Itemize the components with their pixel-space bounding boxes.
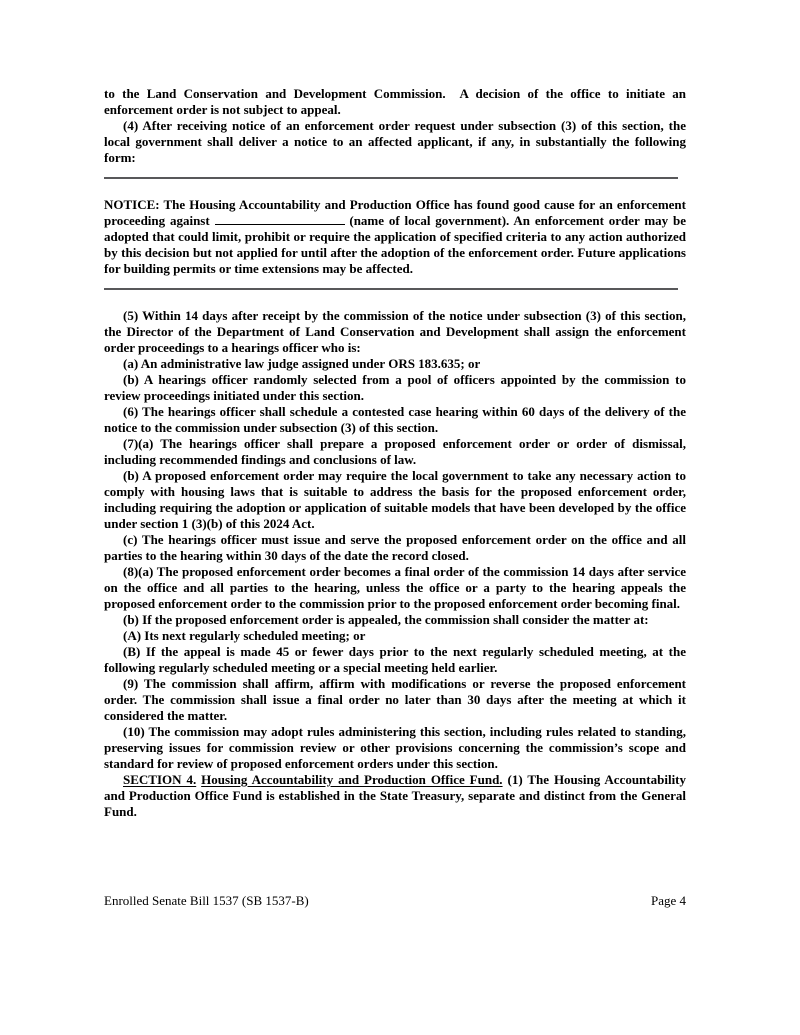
page-footer: Enrolled Senate Bill 1537 (SB 1537-B) Pa… <box>104 893 686 908</box>
para-subsection-9: (9) The commission shall affirm, affirm … <box>104 676 686 724</box>
para-subsection-6: (6) The hearings officer shall schedule … <box>104 404 686 436</box>
para-subsection-10: (10) The commission may adopt rules admi… <box>104 724 686 772</box>
section-4-paragraph: SECTION 4. Housing Accountability and Pr… <box>104 772 686 820</box>
fill-in-blank-line <box>215 224 345 225</box>
para-8-a: (8)(a) The proposed enforcement order be… <box>104 564 686 612</box>
bill-text-column: to the Land Conservation and Development… <box>104 86 686 820</box>
para-8-b-A: (A) Its next regularly scheduled meeting… <box>104 628 686 644</box>
para-continuation: to the Land Conservation and Development… <box>104 86 686 118</box>
para-7-a: (7)(a) The hearings officer shall prepar… <box>104 436 686 468</box>
section-4-title: Housing Accountability and Production Of… <box>201 772 502 787</box>
para-subsection-5: (5) Within 14 days after receipt by the … <box>104 308 686 356</box>
section-4-label: SECTION 4. <box>123 772 196 787</box>
para-8-b-B: (B) If the appeal is made 45 or fewer da… <box>104 644 686 676</box>
para-subsection-4: (4) After receiving notice of an enforce… <box>104 118 686 166</box>
para-5-b: (b) A hearings officer randomly selected… <box>104 372 686 404</box>
para-8-b: (b) If the proposed enforcement order is… <box>104 612 686 628</box>
para-7-b: (b) A proposed enforcement order may req… <box>104 468 686 532</box>
notice-form-paragraph: NOTICE: The Housing Accountability and P… <box>104 197 686 277</box>
footer-bill-id: Enrolled Senate Bill 1537 (SB 1537-B) <box>104 893 309 908</box>
document-page: to the Land Conservation and Development… <box>0 0 800 1035</box>
notice-form-divider-bottom <box>104 288 678 290</box>
footer-page-number: Page 4 <box>651 893 686 908</box>
notice-form-divider-top <box>104 177 678 179</box>
para-5-a: (a) An administrative law judge assigned… <box>104 356 686 372</box>
para-7-c: (c) The hearings officer must issue and … <box>104 532 686 564</box>
